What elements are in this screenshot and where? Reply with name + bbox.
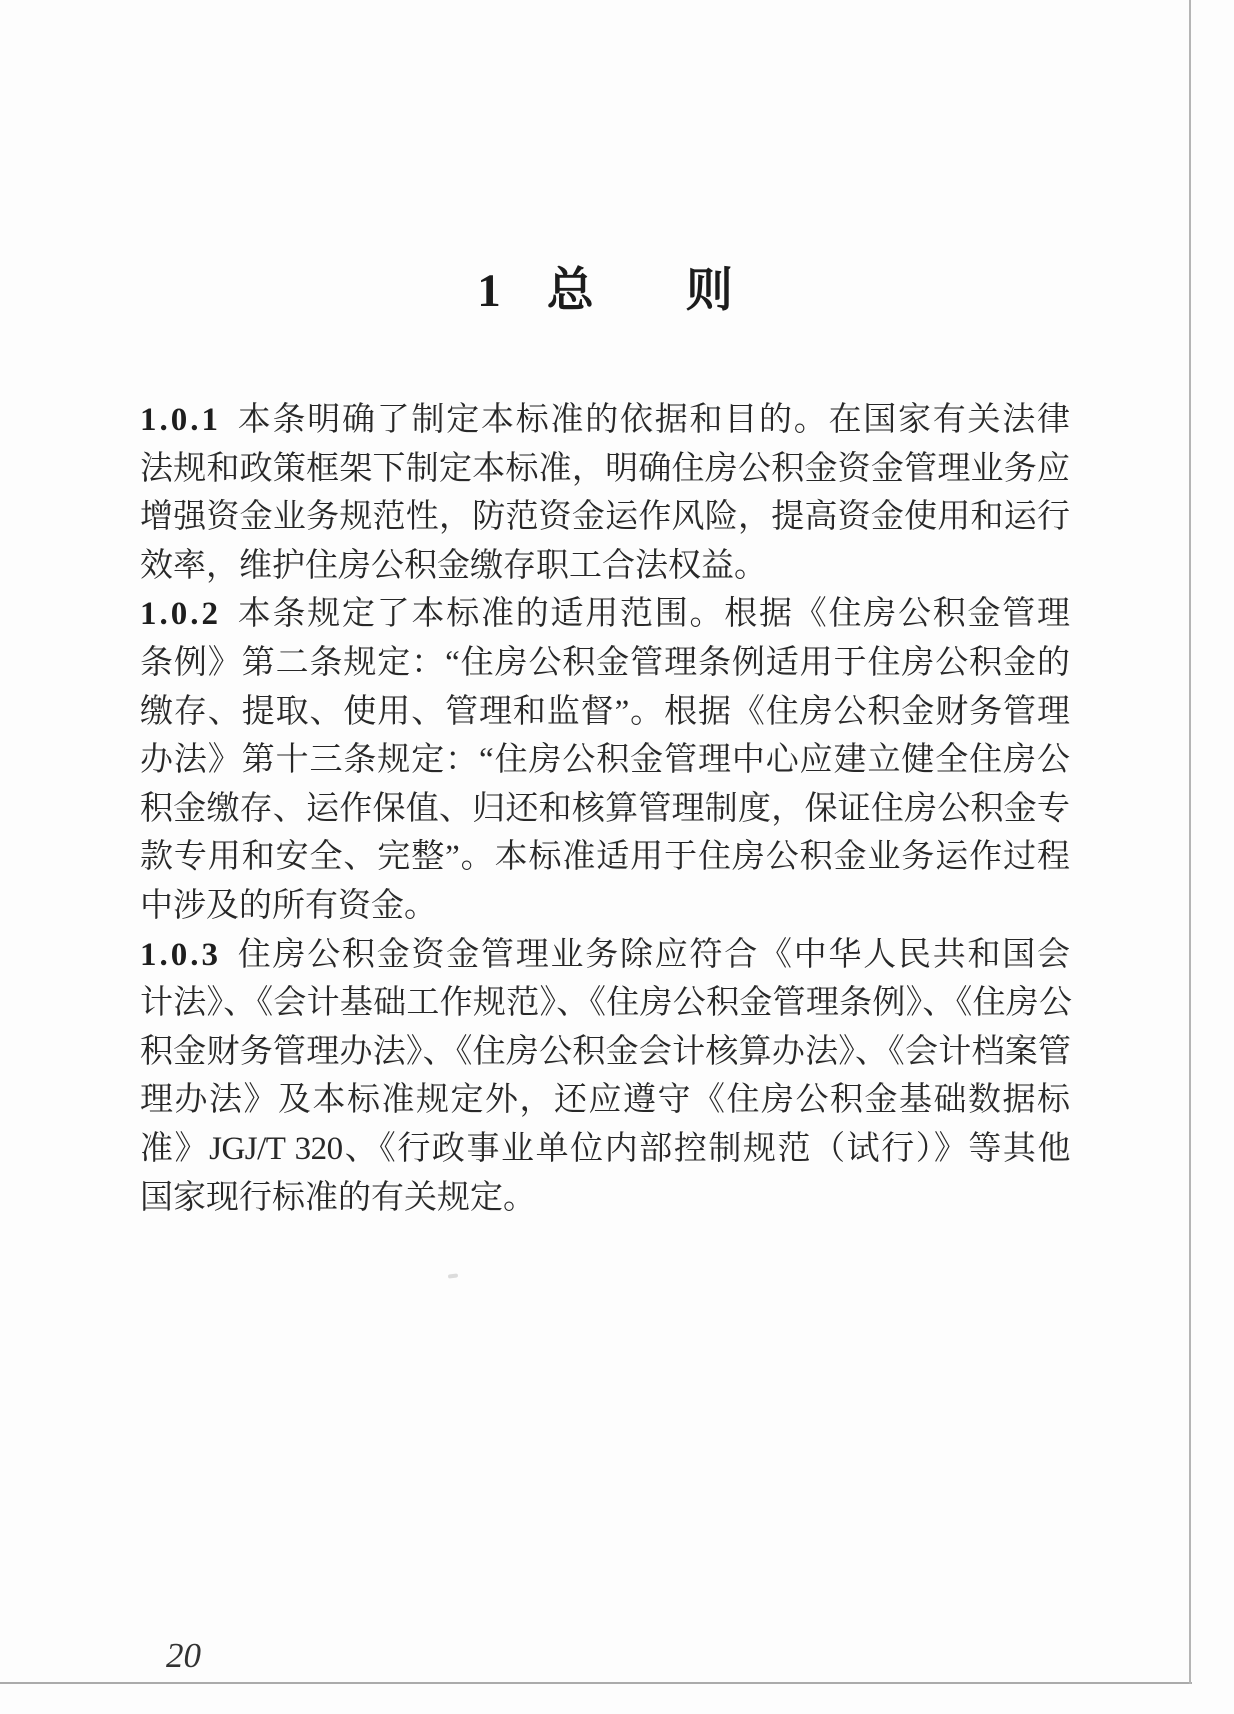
clause-1-0-3-line-2: 计法》、《会计基础工作规范》、《住房公积金管理条例》、《住房公 <box>140 979 1070 1028</box>
footer-rule <box>0 1682 1192 1684</box>
chapter-title: 1总则 <box>140 266 1070 316</box>
page-number: 20 <box>166 1636 201 1676</box>
clause-1-0-2-line-4: 办法》第十三条规定：“住房公积金管理中心应建立健全住房公 <box>140 736 1070 785</box>
clause-1-0-3-line-1: 1.0.3住房公积金资金管理业务除应符合《中华人民共和国会 <box>140 931 1070 980</box>
line-text: 本条明确了制定本标准的依据和目的。在国家有关法律 <box>236 402 1070 438</box>
clause-1-0-2-line-6: 款专用和安全、完整”。本标准适用于住房公积金业务运作过程 <box>140 833 1070 882</box>
clause-1-0-3-line-3: 积金财务管理办法》、《住房公积金会计核算办法》、《会计档案管 <box>140 1028 1070 1077</box>
clause-number-1-0-3: 1.0.3 <box>140 937 221 973</box>
clause-1-0-2-line-5: 积金缴存、运作保值、归还和核算管理制度，保证住房公积金专 <box>140 785 1070 834</box>
clause-1-0-1-line-1: 1.0.1本条明确了制定本标准的依据和目的。在国家有关法律 <box>140 396 1070 445</box>
clause-1-0-2-line-7: 中涉及的所有资金。 <box>140 882 1070 931</box>
clause-1-0-3-line-5: 准》JGJ/T 320、《行政事业单位内部控制规范（试行）》等其他 <box>140 1125 1070 1174</box>
clause-1-0-2-line-2: 条例》第二条规定：“住房公积金管理条例适用于住房公积金的 <box>140 639 1070 688</box>
chapter-number: 1 <box>477 265 501 317</box>
clause-number-1-0-1: 1.0.1 <box>140 402 221 438</box>
clause-1-0-1-line-3: 增强资金业务规范性，防范资金运作风险，提高资金使用和运行 <box>140 493 1070 542</box>
scan-speck <box>448 1273 458 1278</box>
clause-number-1-0-2: 1.0.2 <box>140 596 221 632</box>
clause-1-0-1-line-2: 法规和政策框架下制定本标准，明确住房公积金资金管理业务应 <box>140 445 1070 494</box>
line-text: 本条规定了本标准的适用范围。根据《住房公积金管理 <box>236 596 1070 632</box>
clause-1-0-2-line-1: 1.0.2本条规定了本标准的适用范围。根据《住房公积金管理 <box>140 590 1070 639</box>
chapter-title-word-2: 则 <box>686 265 733 317</box>
chapter-title-word-1: 总 <box>547 265 594 317</box>
document-page: 1总则 1.0.1本条明确了制定本标准的依据和目的。在国家有关法律 法规和政策框… <box>0 0 1234 1714</box>
clause-1-0-1-line-4: 效率，维护住房公积金缴存职工合法权益。 <box>140 542 1070 591</box>
clause-1-0-3-line-4: 理办法》及本标准规定外，还应遵守《住房公积金基础数据标 <box>140 1076 1070 1125</box>
scan-page-edge-line <box>1189 0 1191 1684</box>
clause-1-0-3-line-6: 国家现行标准的有关规定。 <box>140 1174 1070 1223</box>
line-text: 住房公积金资金管理业务除应符合《中华人民共和国会 <box>236 937 1070 973</box>
body-text: 1.0.1本条明确了制定本标准的依据和目的。在国家有关法律 法规和政策框架下制定… <box>140 396 1070 1222</box>
clause-1-0-2-line-3: 缴存、提取、使用、管理和监督”。根据《住房公积金财务管理 <box>140 688 1070 737</box>
